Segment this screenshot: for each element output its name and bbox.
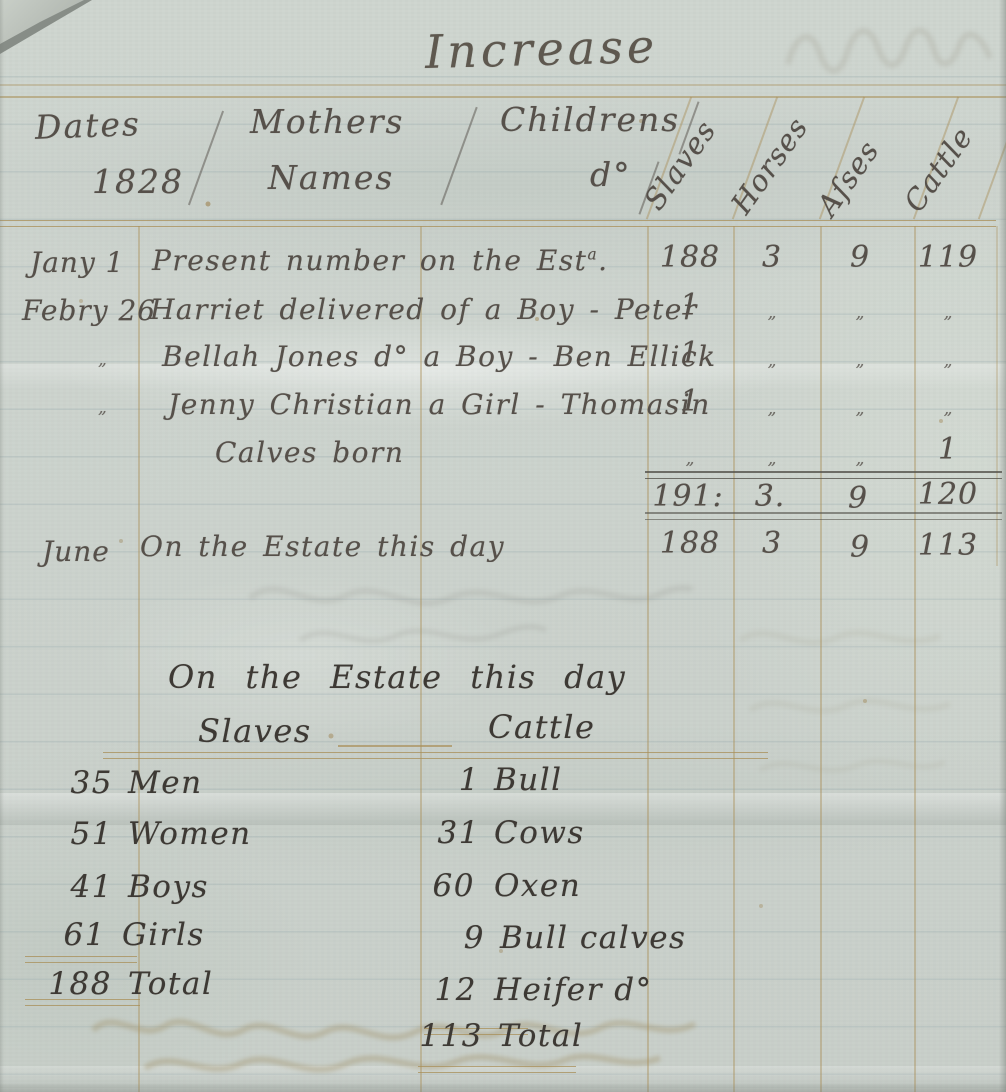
header-slash <box>440 107 477 205</box>
row-entry: Calves born <box>215 436 404 469</box>
rule-line <box>0 96 1006 98</box>
label-women: Women <box>128 816 252 852</box>
count-cows: 31 <box>415 815 480 851</box>
column-header-mothers: Mothers <box>250 102 404 141</box>
cell-cattle: 113 <box>908 528 988 563</box>
entry-text: Present number on the Est <box>152 244 587 277</box>
row-date: Febry 26 <box>22 294 156 327</box>
summary-slaves-heading: Slaves <box>198 712 312 750</box>
totals-rule-bottom <box>645 512 1002 520</box>
summary-header-rule <box>103 752 768 759</box>
label-men: Men <box>128 765 203 801</box>
cell-asses: 9 <box>820 240 900 275</box>
column-header-childrens-do: d° <box>590 155 632 194</box>
total-cattle: 120 <box>908 477 988 512</box>
label-slaves-total: Total <box>128 966 213 1002</box>
cell-cattle-ditto: „ <box>908 399 988 419</box>
row-entry: On the Estate this day <box>140 530 505 563</box>
slaves-underline <box>338 745 452 747</box>
cell-cattle: 119 <box>908 240 988 275</box>
cell-slaves: 1 <box>650 336 730 371</box>
label-boys: Boys <box>128 869 209 905</box>
column-header-cattle: Cattle <box>897 120 979 218</box>
cell-asses-ditto: „ <box>820 399 900 419</box>
entry-tail: . <box>598 244 608 277</box>
header-slash <box>188 111 224 206</box>
ledger-page: Increase Dates 1828 Mothers Names Childr… <box>0 0 1006 1092</box>
summary-heading: On the Estate this day <box>168 658 626 696</box>
count-boys: 41 <box>25 869 113 905</box>
page-title: Increase <box>424 19 658 79</box>
cell-horses-ditto: „ <box>732 303 812 323</box>
cell-cattle-ditto: „ <box>908 351 988 371</box>
count-girls: 61 <box>18 917 106 953</box>
cell-asses: 9 <box>820 530 900 565</box>
bleedthrough-ghost-text <box>782 14 997 86</box>
label-girls: Girls <box>122 917 205 953</box>
column-header-year: 1828 <box>92 162 184 201</box>
cell-cattle: 1 <box>908 432 988 467</box>
cell-slaves-ditto: „ <box>650 449 730 469</box>
row-entry: Jenny Christian a Girl - Thomasin <box>168 388 711 421</box>
cell-asses-ditto: „ <box>820 351 900 371</box>
column-header-names: Names <box>268 158 394 197</box>
row-entry: Present number on the Esta. <box>152 244 609 277</box>
cell-horses-ditto: „ <box>732 449 812 469</box>
cell-slaves: 1 <box>650 384 730 419</box>
row-date-ditto: „ <box>98 350 107 370</box>
header-bottom-rule <box>0 220 996 227</box>
slaves-total-underline <box>25 999 140 1006</box>
count-cattle-total: 113 <box>408 1018 483 1054</box>
cell-slaves: 1 <box>650 288 730 323</box>
summary-cattle-heading: Cattle <box>488 708 595 746</box>
scan-edge <box>0 0 4 1092</box>
bleedthrough-ghost-text <box>720 610 980 790</box>
row-entry: Bellah Jones d° a Boy - Ben Ellick <box>162 340 717 373</box>
row-entry: Harriet delivered of a Boy - Peter <box>150 293 698 326</box>
row-date: June <box>42 535 110 568</box>
count-slaves-total: 188 <box>12 966 112 1002</box>
cell-slaves: 188 <box>650 240 730 275</box>
row-date: Jany 1 <box>30 246 124 279</box>
count-bull: 1 <box>415 762 480 798</box>
cattle-total-underline <box>418 1066 576 1073</box>
row-date-ditto: „ <box>98 398 107 418</box>
scan-edge <box>0 1083 1006 1092</box>
column-header-dates: Dates <box>34 104 141 147</box>
label-heifer: Heifer d° <box>494 972 653 1008</box>
count-heifer: 12 <box>412 972 477 1008</box>
cell-horses: 3 <box>732 526 812 561</box>
label-cows: Cows <box>494 815 585 851</box>
cell-horses: 3 <box>732 240 812 275</box>
bleedthrough-ghost-text <box>240 558 700 668</box>
scan-edge <box>999 0 1006 1092</box>
count-men: 35 <box>25 765 113 801</box>
label-cattle-total: Total <box>498 1018 583 1054</box>
total-slaves: 191: <box>648 479 728 514</box>
rule-line <box>0 84 1006 86</box>
cell-asses-ditto: „ <box>820 303 900 323</box>
girls-underline <box>25 956 137 963</box>
label-bull: Bull <box>494 762 563 798</box>
entry-superscript: a <box>587 246 598 264</box>
column-header-horses: Horses <box>724 111 815 220</box>
count-bull-calves: 9 <box>420 920 485 956</box>
column-rule <box>138 226 140 1092</box>
count-women: 51 <box>25 816 113 852</box>
label-bull-calves: Bull calves <box>500 920 686 956</box>
total-asses: 9 <box>818 481 898 516</box>
label-oxen: Oxen <box>494 868 581 904</box>
cell-horses-ditto: „ <box>732 399 812 419</box>
cell-asses-ditto: „ <box>820 449 900 469</box>
total-horses: 3. <box>730 479 810 514</box>
cell-horses-ditto: „ <box>732 351 812 371</box>
bleedthrough-ghost-text <box>85 1002 705 1087</box>
cell-cattle-ditto: „ <box>908 303 988 323</box>
count-oxen: 60 <box>410 868 475 904</box>
column-header-asses: Aſses <box>810 134 886 222</box>
column-header-childrens: Childrens <box>500 100 680 139</box>
cell-slaves: 188 <box>650 526 730 561</box>
